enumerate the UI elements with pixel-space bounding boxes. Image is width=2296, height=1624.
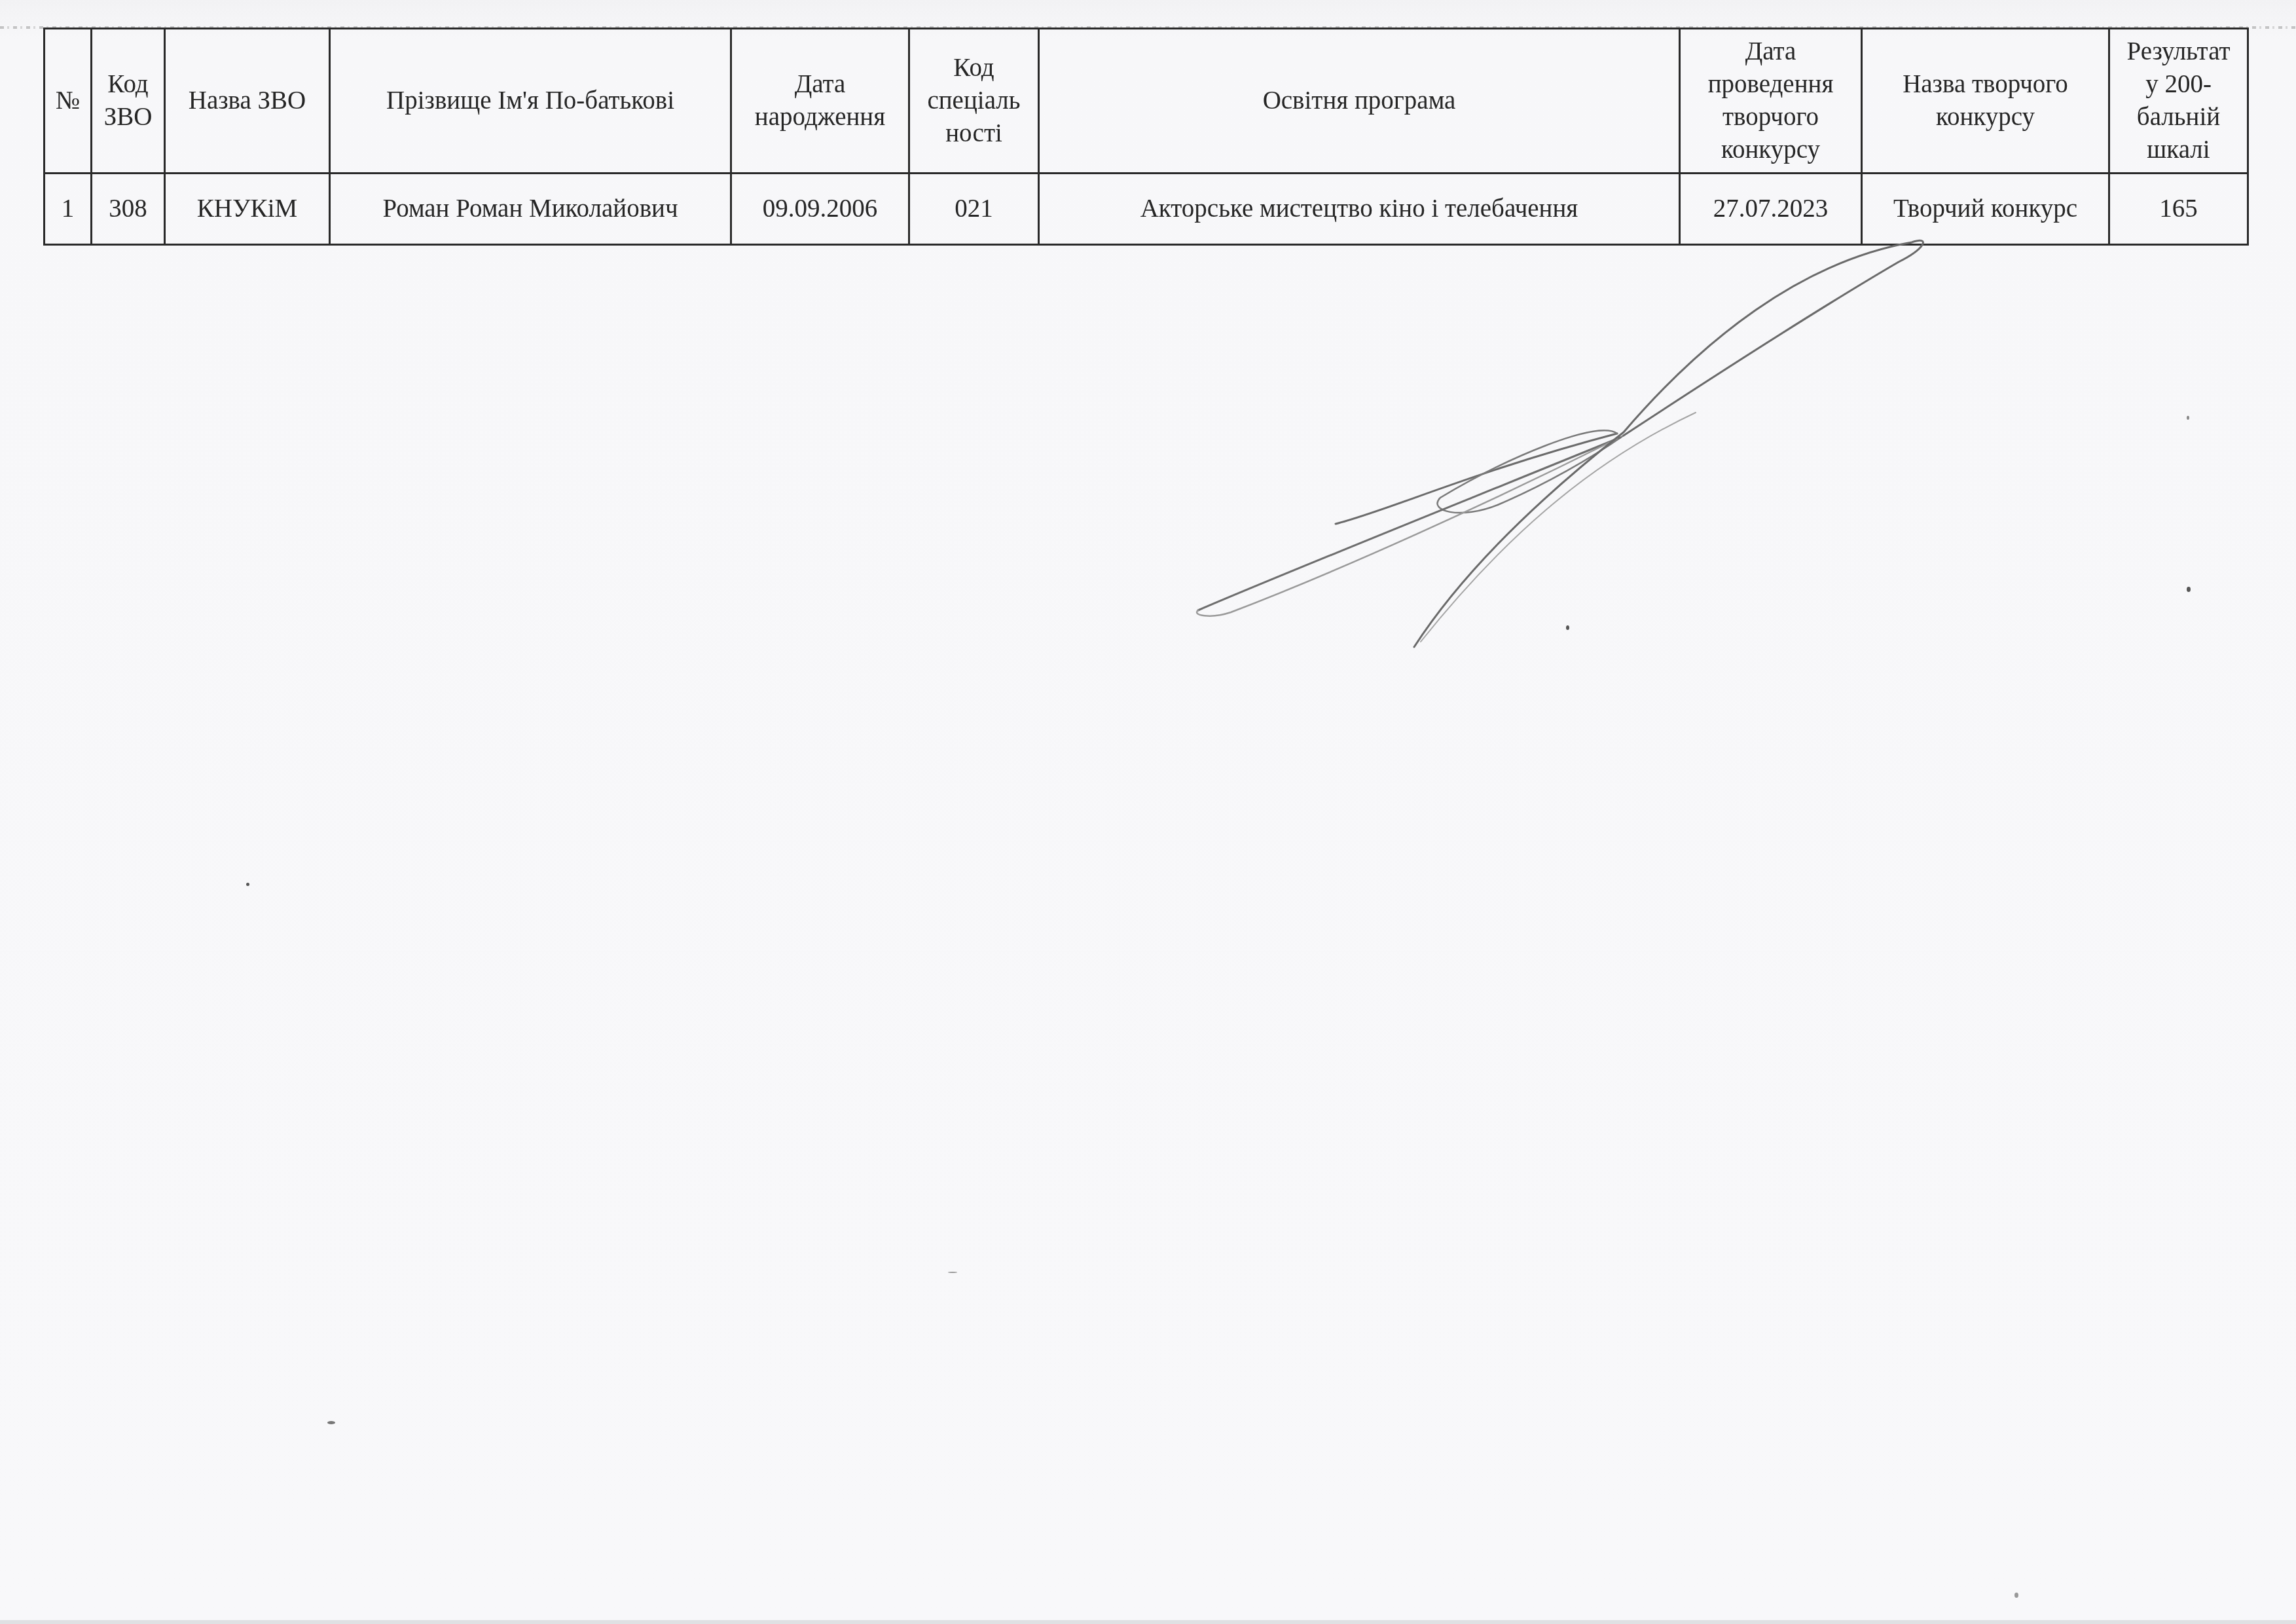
scan-speck bbox=[2187, 587, 2191, 592]
scan-speck bbox=[1566, 625, 1569, 630]
scan-speck bbox=[246, 883, 249, 886]
scan-speck bbox=[327, 1421, 335, 1424]
scan-speck bbox=[948, 1272, 957, 1273]
page-bottom-edge bbox=[0, 1620, 2296, 1624]
signature-icon bbox=[0, 0, 2296, 1624]
scanned-page: № КодЗВО Назва ЗВО Прізвище Ім'я По-бать… bbox=[0, 0, 2296, 1624]
scan-speck bbox=[2187, 416, 2189, 420]
scan-speck bbox=[2014, 1593, 2018, 1598]
